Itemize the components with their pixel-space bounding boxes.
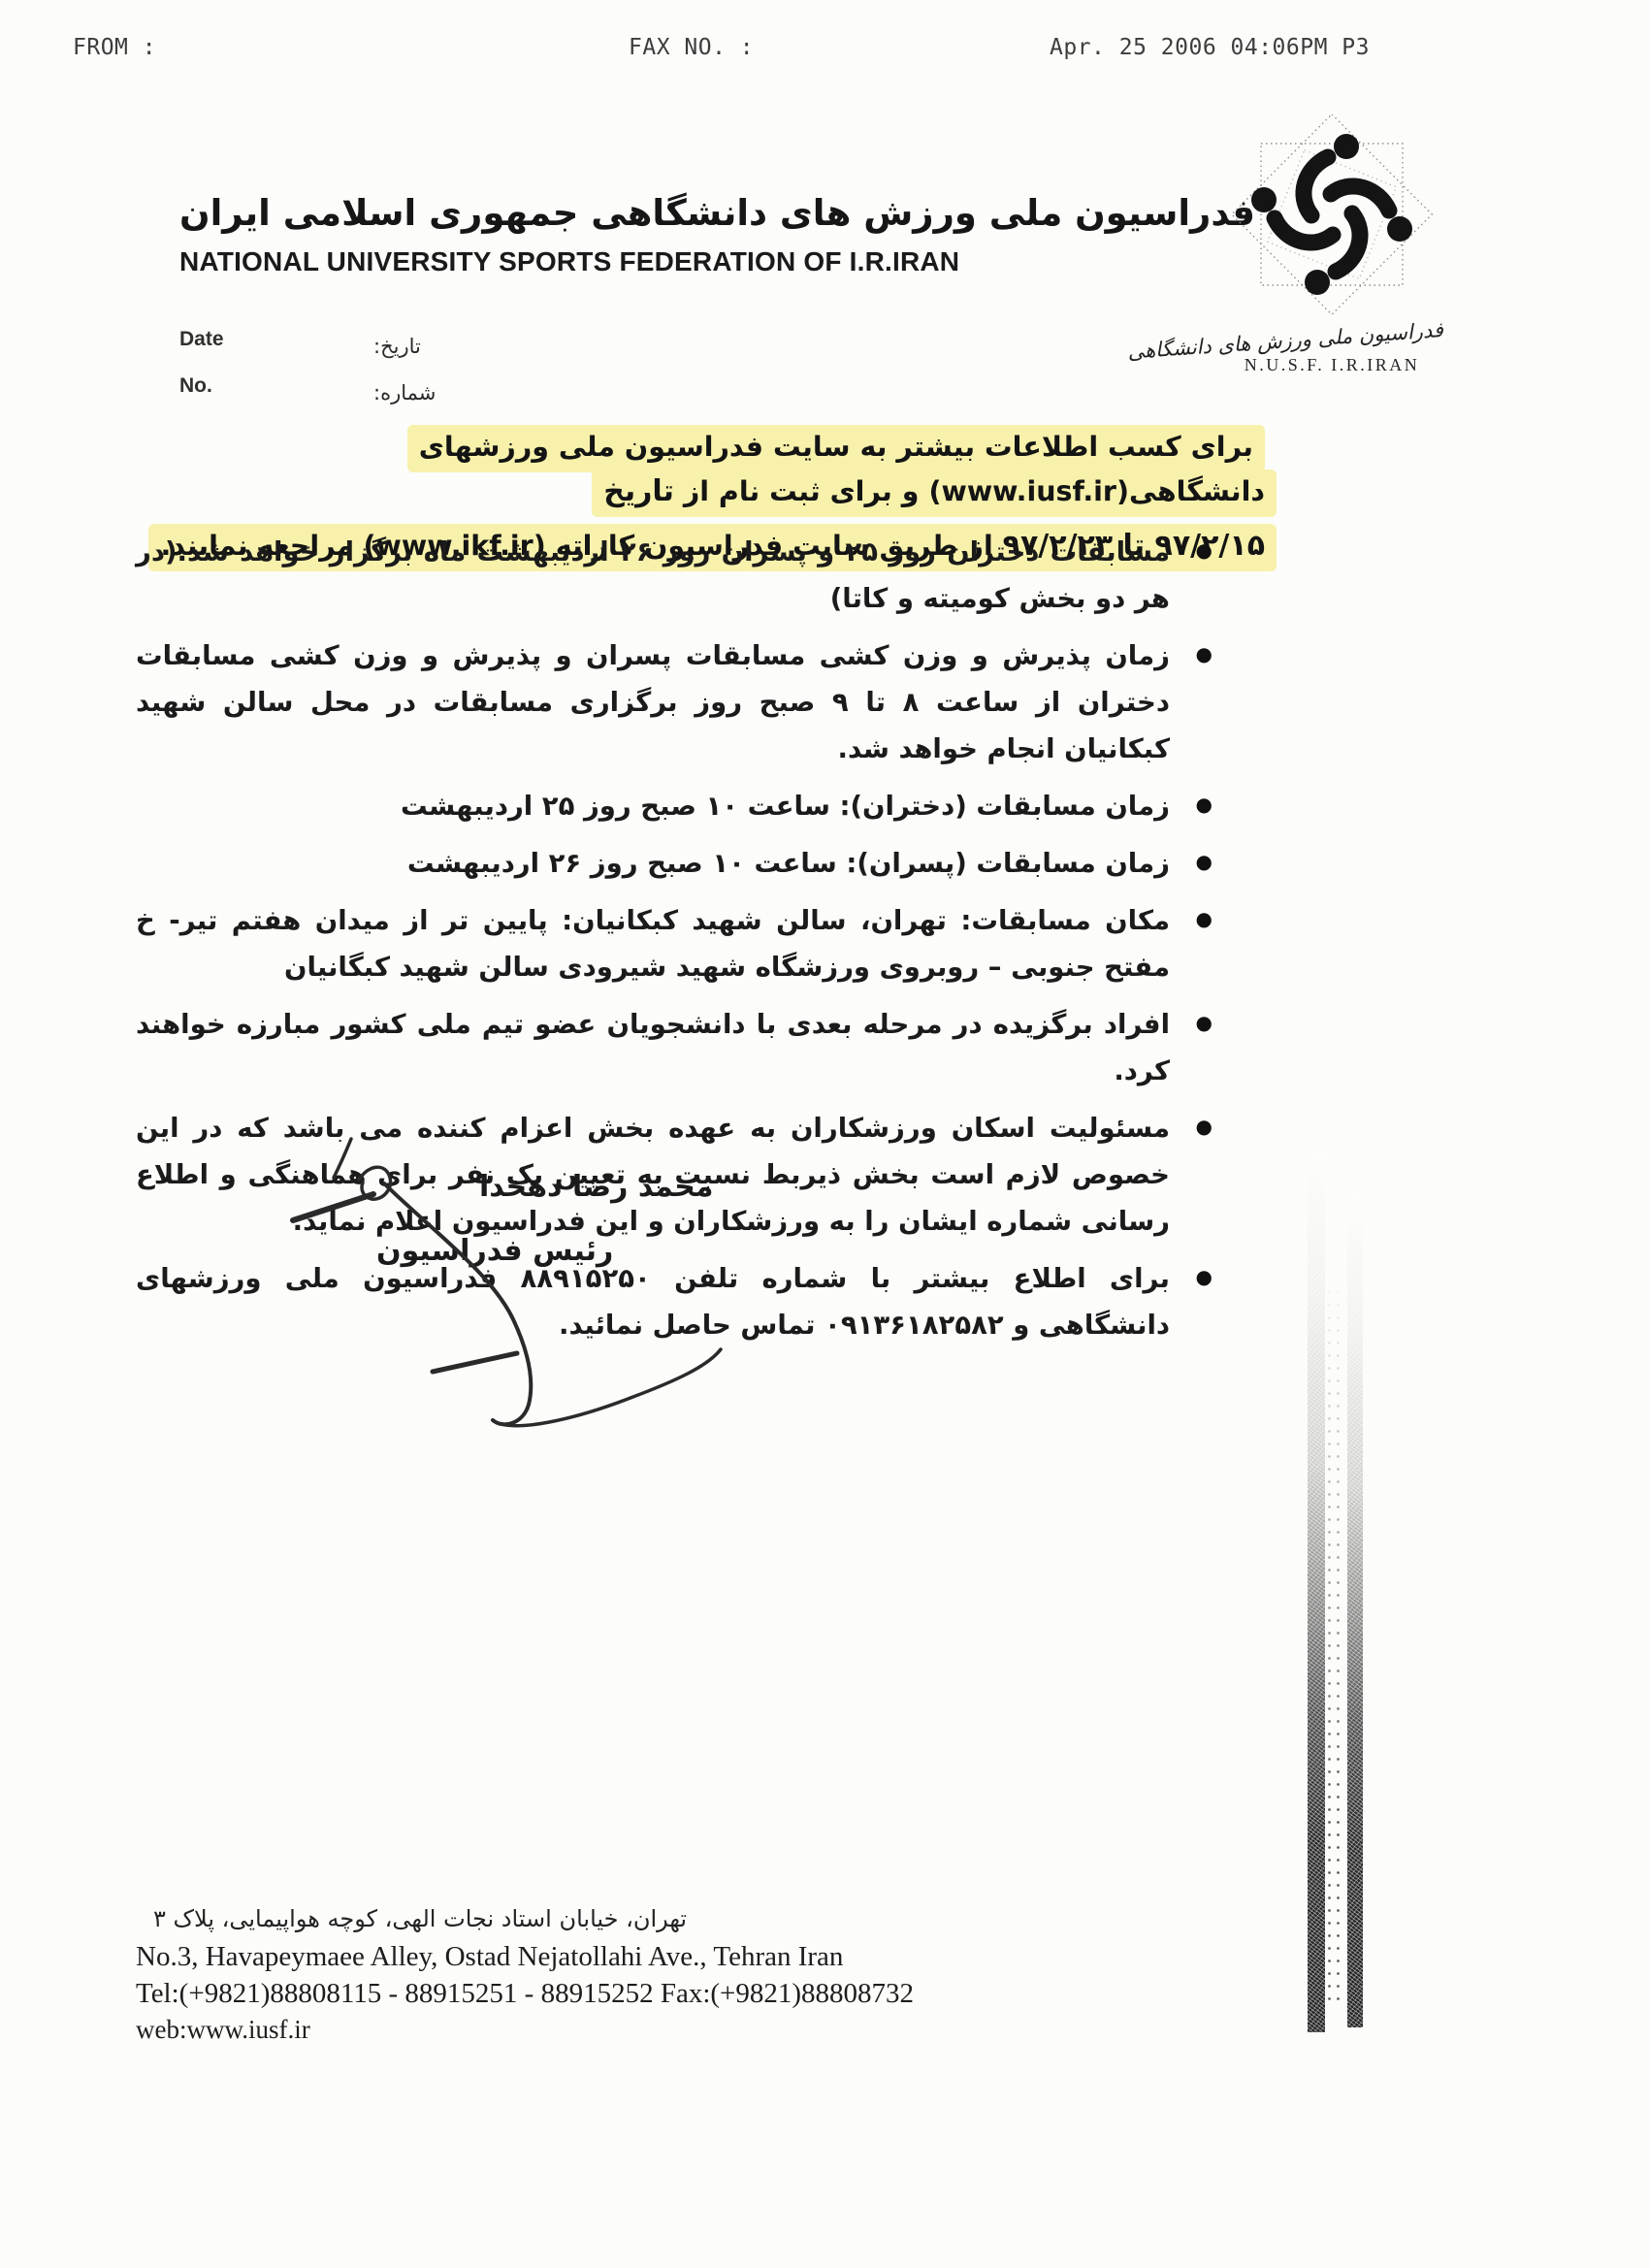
- list-item-text: افراد برگزیده در مرحله بعدی با دانشجویان…: [136, 1009, 1170, 1086]
- date-field-row: Date تاریخ:: [179, 328, 509, 374]
- federation-title-persian: فدراسیون ملی ورزش های دانشگاهی جمهوری اس…: [179, 192, 1255, 234]
- fax-from-label: FROM :: [73, 35, 156, 60]
- letterhead: فدراسیون ملی ورزش های دانشگاهی جمهوری اس…: [179, 192, 1255, 277]
- letter-meta-fields: Date تاریخ: No. شماره:: [179, 328, 509, 421]
- notice-text: برای کسب اطلاعات بیشتر به سایت فدراسیون …: [419, 431, 1265, 507]
- list-item-text: زمان مسابقات (پسران): ساعت ۱۰ صبح روز ۲۶…: [407, 848, 1170, 879]
- fax-number-label: FAX NO. :: [629, 35, 754, 60]
- footer-web-url: web:www.iusf.ir: [136, 2012, 914, 2047]
- fax-timestamp: Apr. 25 2006 04:06PM P3: [1050, 35, 1370, 60]
- number-label-english: No.: [179, 374, 212, 397]
- footer-tel-fax: Tel:(+9821)88808115 - 88915251 - 8891525…: [136, 1975, 914, 2012]
- fax-document-page: FROM : FAX NO. : Apr. 25 2006 04:06PM P3…: [0, 0, 1649, 2268]
- date-label-persian: تاریخ:: [373, 335, 421, 358]
- bullet-dot: ●: [1196, 527, 1212, 573]
- footer-address-block: تهران، خیابان استاد نجات الهی، کوچه هواپ…: [136, 1905, 914, 2047]
- bullet-dot: ●: [1196, 999, 1212, 1046]
- list-item: ●مکان مسابقات: تهران، سالن شهید کبکانیان…: [136, 897, 1214, 990]
- list-item-text: زمان مسابقات (دختران): ساعت ۱۰ صبح روز ۲…: [401, 791, 1170, 822]
- notice-line-1: برای کسب اطلاعات بیشتر به سایت فدراسیون …: [124, 425, 1277, 514]
- date-label-english: Date: [179, 328, 224, 350]
- number-label-persian: شماره:: [373, 381, 436, 405]
- notice-bold-word: تاریخ: [603, 474, 674, 508]
- list-item: ●مسابقات دختران روز ۲۵ و پسران روز ۲۶ ار…: [136, 529, 1214, 622]
- bullet-dot: ●: [1196, 838, 1212, 885]
- list-item: ●افراد برگزیده در مرحله بعدی با دانشجویا…: [136, 1001, 1214, 1094]
- bullet-dot: ●: [1196, 1103, 1212, 1150]
- logo-caption-persian: فدراسیون ملی ورزش های دانشگاهی: [1219, 318, 1443, 357]
- list-item: ●زمان مسابقات (دختران): ساعت ۱۰ صبح روز …: [136, 783, 1214, 829]
- footer-address-english: No.3, Havapeymaee Alley, Ostad Nejatolla…: [136, 1938, 914, 1975]
- scan-artifact-streak-left: [1308, 1154, 1325, 2032]
- bullet-dot: ●: [1196, 895, 1212, 942]
- federation-logo-icon: [1220, 114, 1443, 320]
- fax-transmission-header: FROM : FAX NO. : Apr. 25 2006 04:06PM P3: [0, 35, 1649, 64]
- logo-caption-english: N.U.S.F. I.R.IRAN: [1220, 355, 1443, 375]
- scan-artifact-dots: [1325, 1261, 1342, 2008]
- scan-artifact-streak-right: [1347, 1195, 1363, 2027]
- federation-title-english: NATIONAL UNIVERSITY SPORTS FEDERATION OF…: [179, 246, 1255, 277]
- list-item-text: مسابقات دختران روز ۲۵ و پسران روز ۲۶ ارد…: [136, 536, 1170, 614]
- federation-logo-block: فدراسیون ملی ورزش های دانشگاهی N.U.S.F. …: [1220, 114, 1443, 375]
- list-item: ●زمان مسابقات (پسران): ساعت ۱۰ صبح روز ۲…: [136, 840, 1214, 887]
- footer-address-persian: تهران، خیابان استاد نجات الهی، کوچه هواپ…: [153, 1905, 914, 1932]
- list-item-text: زمان پذیرش و وزن کشی مسابقات پسران و پذی…: [136, 640, 1170, 764]
- bullet-dot: ●: [1196, 781, 1212, 827]
- number-field-row: No. شماره:: [179, 374, 509, 421]
- list-item: ●زمان پذیرش و وزن کشی مسابقات پسران و پذ…: [136, 632, 1214, 772]
- bullet-dot: ●: [1196, 1253, 1212, 1300]
- handwritten-signature: [233, 1125, 854, 1474]
- list-item-text: مکان مسابقات: تهران، سالن شهید کبکانیان:…: [136, 905, 1170, 983]
- bullet-dot: ●: [1196, 631, 1212, 677]
